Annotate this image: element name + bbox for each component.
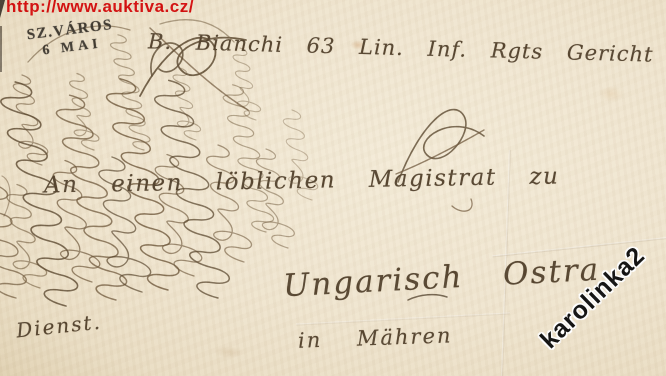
corner-shadow [0, 0, 5, 18]
edge-shadow [0, 26, 2, 72]
paper-stain [214, 346, 244, 358]
auction-url-watermark: http://www.auktiva.cz/ [6, 0, 194, 17]
paper-stain [598, 86, 624, 102]
letter-scan-photo: http://www.auktiva.cz/ SZ.VÁROS 6 MAI B.… [0, 0, 666, 376]
